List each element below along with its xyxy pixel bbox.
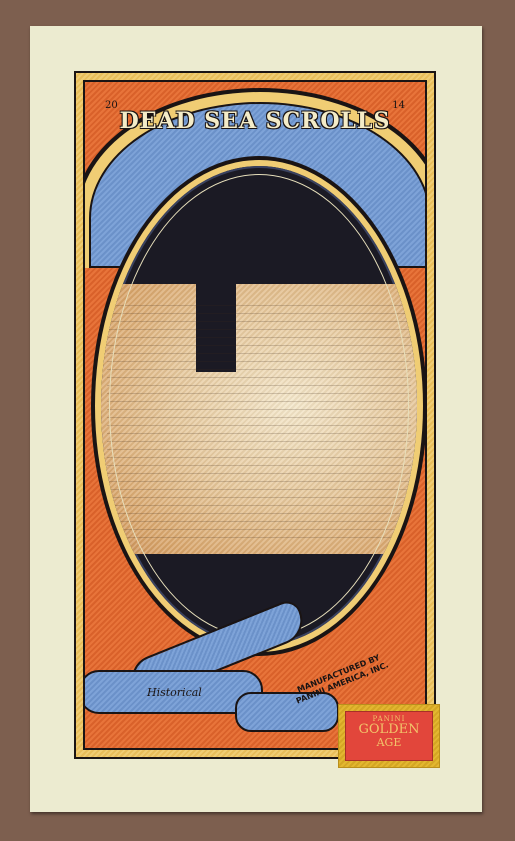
portrait-oval — [91, 156, 427, 656]
year-left: 20 — [105, 100, 118, 111]
portrait-image — [101, 166, 417, 646]
card-title: DEAD SEA SCROLLS — [85, 108, 425, 134]
category-label: Historical — [147, 686, 202, 699]
year-right: 14 — [392, 100, 405, 111]
golden-age-logo: PANINI GOLDEN AGE — [338, 704, 440, 768]
trading-card: DEAD SEA SCROLLS 20 14 Historical MAN — [30, 26, 482, 812]
card-frame-inner: DEAD SEA SCROLLS 20 14 Historical MAN — [83, 80, 427, 750]
manufacturer-text: MANUFACTURED BY PANINI AMERICA, INC. — [291, 651, 390, 707]
ribbon-banner-right — [235, 692, 339, 732]
card-frame: DEAD SEA SCROLLS 20 14 Historical MAN — [74, 71, 436, 759]
